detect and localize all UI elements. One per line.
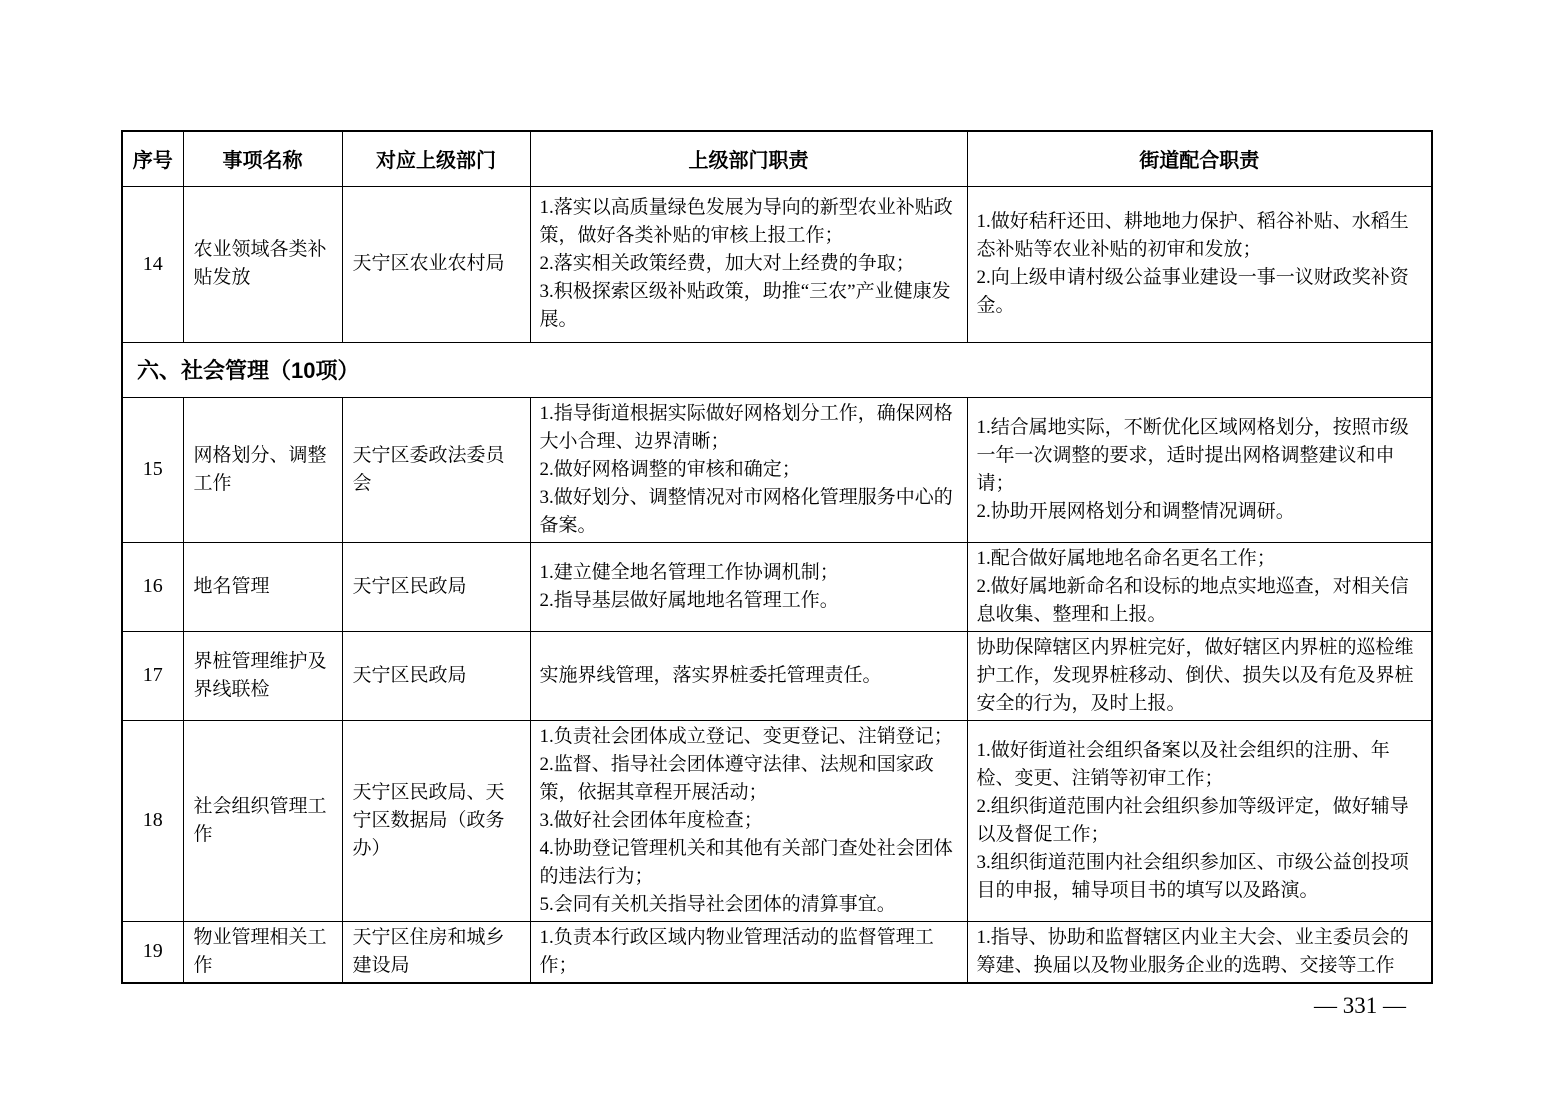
- item-name: 网格划分、调整工作: [183, 397, 342, 542]
- item-name: 界桩管理维护及界线联检: [183, 631, 342, 720]
- street-duty: 1.指导、协助和监督辖区内业主大会、业主委员会的筹建、换届以及物业服务企业的选聘…: [967, 921, 1432, 983]
- row-number: 16: [122, 542, 183, 631]
- section-title: 六、社会管理（10项）: [122, 342, 1432, 397]
- street-duty: 协助保障辖区内界桩完好，做好辖区内界桩的巡检维护工作，发现界桩移动、倒伏、损失以…: [967, 631, 1432, 720]
- street-duty: 1.做好秸秆还田、耕地地力保护、稻谷补贴、水稻生态补贴等农业补贴的初审和发放； …: [967, 186, 1432, 342]
- department: 天宁区民政局: [342, 631, 530, 720]
- table-row-16: 16 地名管理 天宁区民政局 1.建立健全地名管理工作协调机制； 2.指导基层做…: [122, 542, 1432, 631]
- duty-table: 序号 事项名称 对应上级部门 上级部门职责 街道配合职责 14 农业领域各类补贴…: [121, 130, 1433, 984]
- table-row-14: 14 农业领域各类补贴发放 天宁区农业农村局 1.落实以高质量绿色发展为导向的新…: [122, 186, 1432, 342]
- header-cell-item-name: 事项名称: [183, 131, 342, 186]
- page-number: — 331 —: [1295, 993, 1425, 1019]
- superior-duty: 实施界线管理，落实界桩委托管理责任。: [530, 631, 967, 720]
- row-number: 18: [122, 720, 183, 921]
- department: 天宁区委政法委员会: [342, 397, 530, 542]
- superior-duty: 1.负责本行政区域内物业管理活动的监督管理工作；: [530, 921, 967, 983]
- header-cell-street-duty: 街道配合职责: [967, 131, 1432, 186]
- department: 天宁区农业农村局: [342, 186, 530, 342]
- item-name: 农业领域各类补贴发放: [183, 186, 342, 342]
- department: 天宁区住房和城乡建设局: [342, 921, 530, 983]
- superior-duty: 1.落实以高质量绿色发展为导向的新型农业补贴政策，做好各类补贴的审核上报工作； …: [530, 186, 967, 342]
- department: 天宁区民政局、天宁区数据局（政务办）: [342, 720, 530, 921]
- table-row-19: 19 物业管理相关工作 天宁区住房和城乡建设局 1.负责本行政区域内物业管理活动…: [122, 921, 1432, 983]
- header-cell-superior-duty: 上级部门职责: [530, 131, 967, 186]
- street-duty: 1.配合做好属地地名命名更名工作； 2.做好属地新命名和设标的地点实地巡查，对相…: [967, 542, 1432, 631]
- header-cell-no: 序号: [122, 131, 183, 186]
- section-header-row: 六、社会管理（10项）: [122, 342, 1432, 397]
- row-number: 17: [122, 631, 183, 720]
- header-cell-department: 对应上级部门: [342, 131, 530, 186]
- superior-duty: 1.建立健全地名管理工作协调机制； 2.指导基层做好属地地名管理工作。: [530, 542, 967, 631]
- department: 天宁区民政局: [342, 542, 530, 631]
- table-header-row: 序号 事项名称 对应上级部门 上级部门职责 街道配合职责: [122, 131, 1432, 186]
- row-number: 15: [122, 397, 183, 542]
- superior-duty: 1.负责社会团体成立登记、变更登记、注销登记； 2.监督、指导社会团体遵守法律、…: [530, 720, 967, 921]
- street-duty: 1.做好街道社会组织备案以及社会组织的注册、年检、变更、注销等初审工作； 2.组…: [967, 720, 1432, 921]
- street-duty: 1.结合属地实际，不断优化区域网格划分，按照市级一年一次调整的要求，适时提出网格…: [967, 397, 1432, 542]
- item-name: 物业管理相关工作: [183, 921, 342, 983]
- row-number: 19: [122, 921, 183, 983]
- table-row-18: 18 社会组织管理工作 天宁区民政局、天宁区数据局（政务办） 1.负责社会团体成…: [122, 720, 1432, 921]
- superior-duty: 1.指导街道根据实际做好网格划分工作，确保网格大小合理、边界清晰； 2.做好网格…: [530, 397, 967, 542]
- table-row-17: 17 界桩管理维护及界线联检 天宁区民政局 实施界线管理，落实界桩委托管理责任。…: [122, 631, 1432, 720]
- table-row-15: 15 网格划分、调整工作 天宁区委政法委员会 1.指导街道根据实际做好网格划分工…: [122, 397, 1432, 542]
- item-name: 社会组织管理工作: [183, 720, 342, 921]
- row-number: 14: [122, 186, 183, 342]
- item-name: 地名管理: [183, 542, 342, 631]
